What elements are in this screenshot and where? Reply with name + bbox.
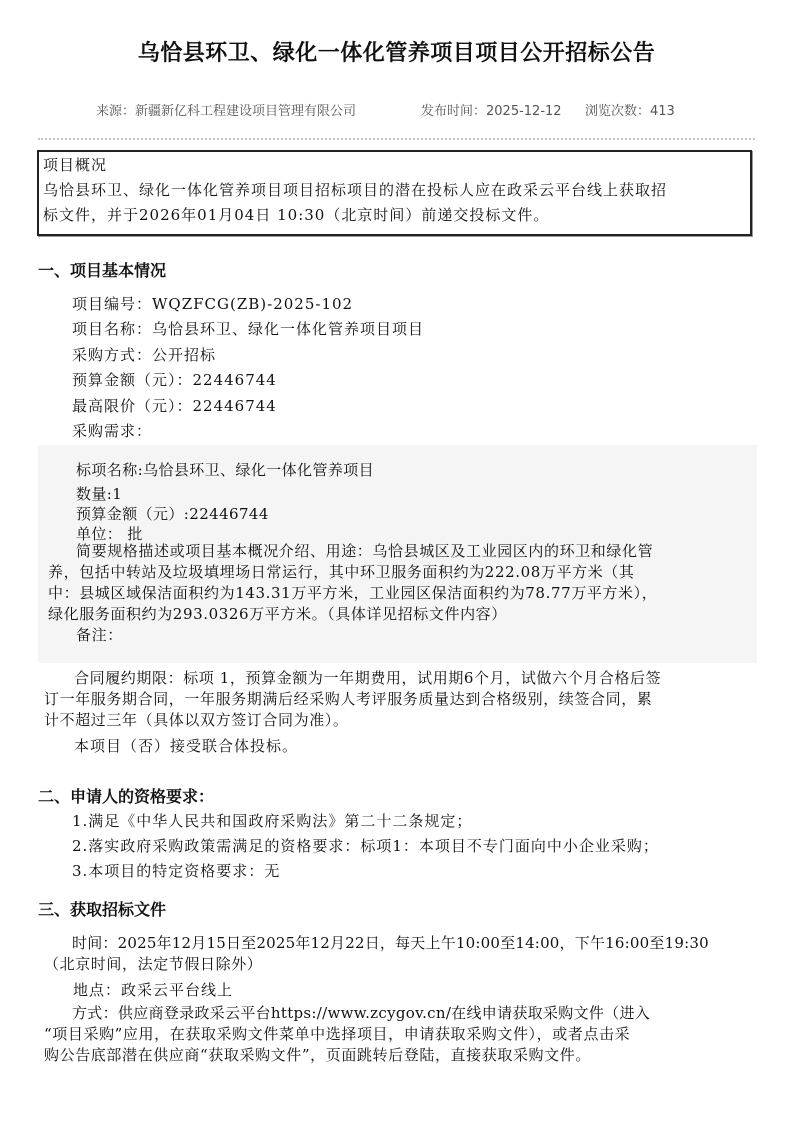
contract-period: 合同履约期限：标项 1，预算金额为一年期费用，试用期6个月，试做六个月合格后签 … xyxy=(44,668,764,731)
procurement-requirements-label: 采购需求： xyxy=(72,420,152,441)
view-count: 浏览次数：413 xyxy=(585,100,675,119)
qualification-item: 3.本项目的特定资格要求：无 xyxy=(72,860,280,881)
procurement-method: 采购方式：公开招标 xyxy=(72,344,216,365)
obtain-time-line: （北京时间，法定节假日除外） xyxy=(44,954,764,975)
project-number: 项目编号：WQZFCG(ZB)-2025-102 xyxy=(72,293,353,314)
lot-quantity: 数量:1 xyxy=(76,483,122,504)
obtain-time: 时间：2025年12月15日至2025年12月22日，每天上午10:00至14:… xyxy=(44,933,764,975)
qualification-item: 1.满足《中华人民共和国政府采购法》第二十二条规定； xyxy=(72,810,472,831)
obtain-location: 地点：政采云平台线上 xyxy=(73,979,233,1000)
lot-name: 标项名称:乌恰县环卫、绿化一体化管养项目 xyxy=(76,459,374,480)
qualification-item: 2.落实政府采购政策需满足的资格要求：标项1：本项目不专门面向中小企业采购； xyxy=(72,835,659,856)
lot-description-line: 中：县城区域保洁面积约为143.31万平方米，工业园区保洁面积约为78.77万平… xyxy=(48,583,768,604)
contract-line: 合同履约期限：标项 1，预算金额为一年期费用，试用期6个月，试做六个月合格后签 xyxy=(44,668,764,689)
consortium-note: 本项目（否）接受联合体投标。 xyxy=(74,735,298,756)
section-heading-basic-info: 一、项目基本情况 xyxy=(38,258,166,281)
lot-description-line: 简要规格描述或项目基本概况介绍、用途：乌恰县城区及工业园区内的环卫和绿化管 xyxy=(48,541,768,562)
obtain-method-line: 方式：供应商登录政采云平台https://www.zcygov.cn/在线申请获… xyxy=(44,1003,764,1024)
obtain-method-line: 购公告底部潜在供应商“获取采购文件”，页面跳转后登陆，直接获取采购文件。 xyxy=(44,1045,764,1066)
overview-line: 乌恰县环卫、绿化一体化管养项目项目招标项目的潜在投标人应在政采云平台线上获取招 xyxy=(43,178,750,203)
project-name: 项目名称：乌恰县环卫、绿化一体化管养项目项目 xyxy=(72,318,424,339)
budget-amount: 预算金额（元）：22446744 xyxy=(72,369,277,390)
lot-remark: 备注： xyxy=(48,625,768,646)
overview-label: 项目概况 xyxy=(43,153,750,178)
overview-box: 项目概况 乌恰县环卫、绿化一体化管养项目项目招标项目的潜在投标人应在政采云平台线… xyxy=(37,150,752,236)
lot-description: 简要规格描述或项目基本概况介绍、用途：乌恰县城区及工业园区内的环卫和绿化管 养，… xyxy=(48,541,768,646)
lot-budget: 预算金额（元）:22446744 xyxy=(76,503,269,524)
header-divider xyxy=(38,138,755,140)
obtain-time-line: 时间：2025年12月15日至2025年12月22日，每天上午10:00至14:… xyxy=(44,933,764,954)
obtain-method-line: “项目采购”应用，在获取采购文件菜单中选择项目，申请获取采购文件），或者点击采 xyxy=(44,1024,764,1045)
publish-date: 发布时间：2025-12-12 xyxy=(421,100,562,119)
page-title: 乌恰县环卫、绿化一体化管养项目项目公开招标公告 xyxy=(0,36,793,67)
contract-line: 订一年服务期合同，一年服务期满后经采购人考评服务质量达到合格级别，续签合同，累 xyxy=(44,689,764,710)
source-label: 来源：新疆新亿科工程建设项目管理有限公司 xyxy=(96,100,356,119)
overview-line: 标文件，并于2026年01月04日 10:30（北京时间）前递交投标文件。 xyxy=(43,203,750,228)
section-heading-qualifications: 二、申请人的资格要求： xyxy=(38,784,214,807)
lot-description-line: 养，包括中转站及垃圾填埋场日常运行，其中环卫服务面积约为222.08万平方米（其 xyxy=(48,562,768,583)
obtain-method: 方式：供应商登录政采云平台https://www.zcygov.cn/在线申请获… xyxy=(44,1003,764,1066)
contract-line: 计不超过三年（具体以双方签订合同为准）。 xyxy=(44,710,764,731)
section-heading-obtain-documents: 三、获取招标文件 xyxy=(38,897,166,920)
max-price: 最高限价（元）：22446744 xyxy=(72,395,277,416)
lot-description-line: 绿化服务面积约为293.0326万平方米。（具体详见招标文件内容） xyxy=(48,604,768,625)
